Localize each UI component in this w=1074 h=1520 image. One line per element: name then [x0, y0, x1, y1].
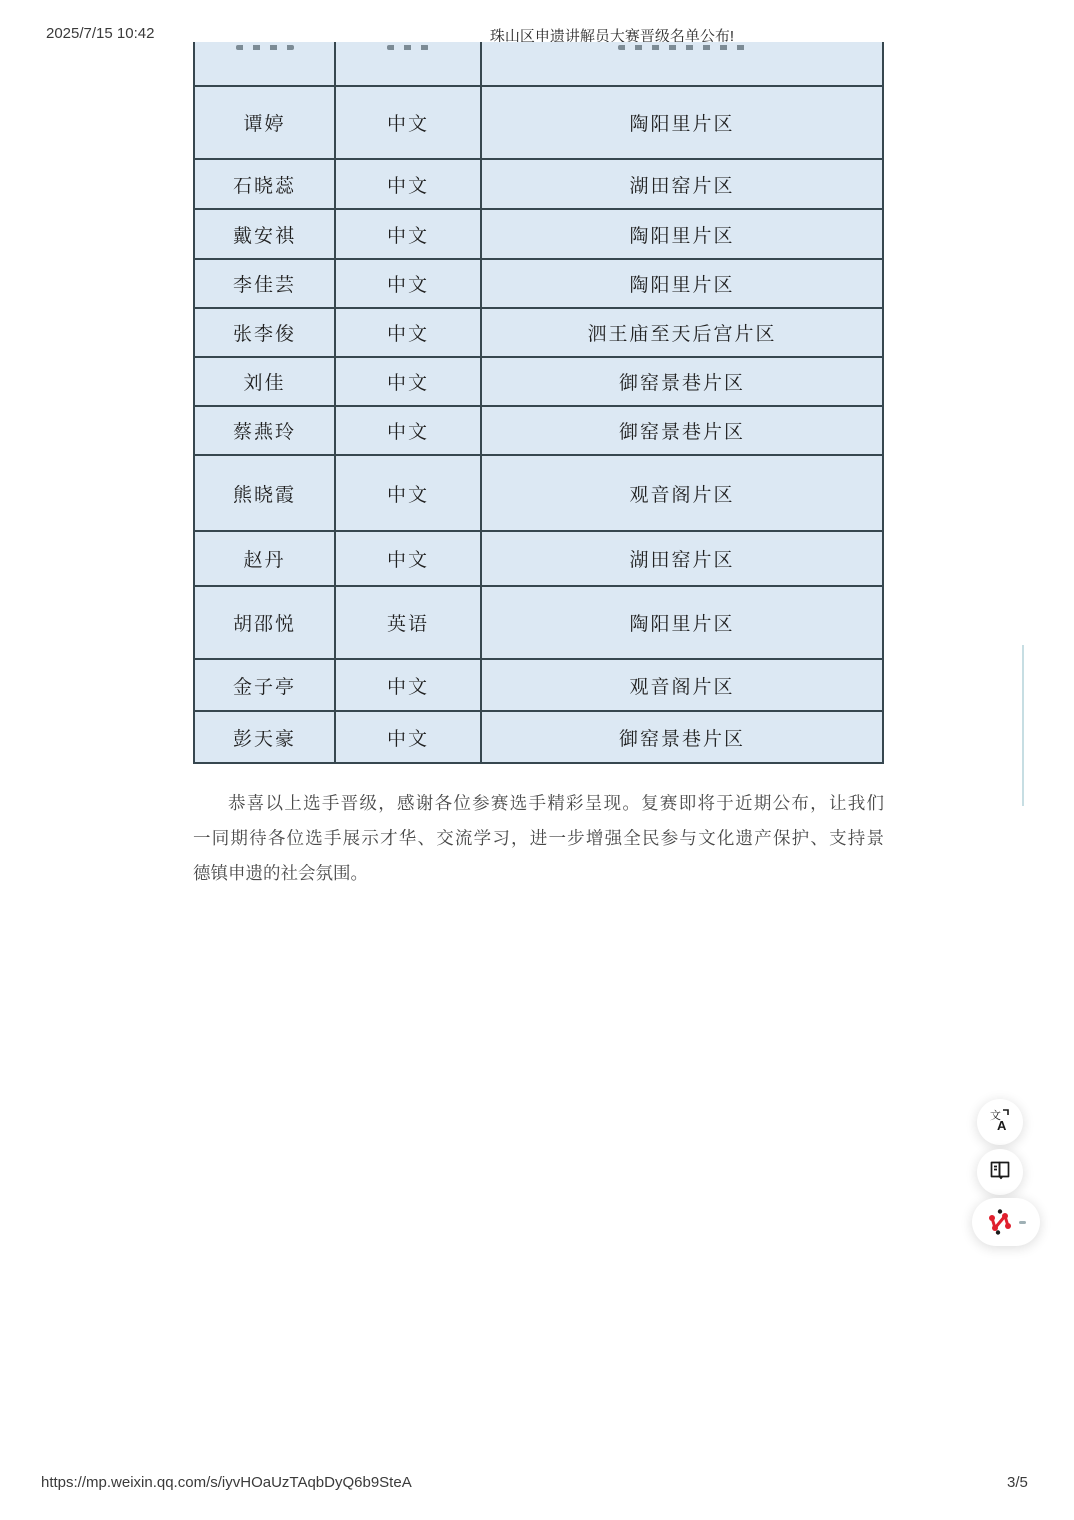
- contestant-name: 金子亭: [195, 660, 336, 710]
- clipped-name-cell: [195, 42, 336, 85]
- contestant-language: 英语: [336, 587, 482, 658]
- svg-text:A: A: [997, 1118, 1007, 1133]
- table-row: 胡邵悦 英语 陶阳里片区: [195, 587, 882, 660]
- table-row: 蔡燕玲 中文 御窑景巷片区: [195, 407, 882, 456]
- contestant-language: 中文: [336, 210, 482, 258]
- scrollbar-artifact: [1022, 645, 1024, 806]
- open-book-icon: [988, 1158, 1012, 1187]
- contestant-name: 熊晓霞: [195, 456, 336, 530]
- print-timestamp: 2025/7/15 10:42: [46, 25, 154, 42]
- paragraph-line: 德镇申遗的社会氛围。: [193, 856, 884, 891]
- contestant-name: 张李俊: [195, 309, 336, 356]
- table-row: 李佳芸 中文 陶阳里片区: [195, 260, 882, 309]
- table-row: 熊晓霞 中文 观音阁片区: [195, 456, 882, 532]
- table-row: 石晓蕊 中文 湖田窑片区: [195, 160, 882, 210]
- clipped-table-row: [195, 42, 882, 87]
- red-network-icon: [985, 1208, 1013, 1236]
- contestant-language: 中文: [336, 87, 482, 158]
- contestant-district: 观音阁片区: [482, 456, 882, 530]
- immersive-reader-button[interactable]: [977, 1149, 1023, 1195]
- contestant-language: 中文: [336, 456, 482, 530]
- table-row: 金子亭 中文 观音阁片区: [195, 660, 882, 712]
- contestant-language: 中文: [336, 358, 482, 405]
- contestant-district: 泗王庙至天后宫片区: [482, 309, 882, 356]
- contestant-district: 御窑景巷片区: [482, 358, 882, 405]
- contestant-district: 湖田窑片区: [482, 532, 882, 585]
- contestant-name: 赵丹: [195, 532, 336, 585]
- contestant-language: 中文: [336, 407, 482, 454]
- table-rows: 谭婷 中文 陶阳里片区 石晓蕊 中文 湖田窑片区 戴安祺 中文 陶阳里片区 李佳…: [195, 87, 882, 762]
- closing-paragraph: 恭喜以上选手晋级，感谢各位参赛选手精彩呈现。复赛即将于近期公布，让我们 一同期待…: [193, 786, 884, 891]
- contestant-district: 陶阳里片区: [482, 87, 882, 158]
- table-row: 张李俊 中文 泗王庙至天后宫片区: [195, 309, 882, 358]
- contestant-name: 蔡燕玲: [195, 407, 336, 454]
- contestant-district: 陶阳里片区: [482, 260, 882, 307]
- contestant-name: 刘佳: [195, 358, 336, 405]
- page-number: 3/5: [1007, 1474, 1028, 1491]
- contestant-name: 石晓蕊: [195, 160, 336, 208]
- extension-widget-button[interactable]: [972, 1198, 1040, 1246]
- clipped-glyph-fragments: [387, 45, 429, 50]
- contestant-name: 戴安祺: [195, 210, 336, 258]
- contestant-district: 湖田窑片区: [482, 160, 882, 208]
- clipped-language-cell: [336, 42, 482, 85]
- table-row: 谭婷 中文 陶阳里片区: [195, 87, 882, 160]
- widget-collapse-handle: [1019, 1221, 1026, 1224]
- clipped-glyph-fragments: [618, 45, 746, 50]
- contestant-name: 谭婷: [195, 87, 336, 158]
- contestant-district: 御窑景巷片区: [482, 407, 882, 454]
- contestant-district: 御窑景巷片区: [482, 712, 882, 762]
- translate-button[interactable]: 文 A: [977, 1099, 1023, 1145]
- table-row: 彭天豪 中文 御窑景巷片区: [195, 712, 882, 762]
- contestant-language: 中文: [336, 712, 482, 762]
- contestant-language: 中文: [336, 160, 482, 208]
- contestant-name: 李佳芸: [195, 260, 336, 307]
- contestant-name: 胡邵悦: [195, 587, 336, 658]
- contestant-district: 陶阳里片区: [482, 210, 882, 258]
- contestant-district: 观音阁片区: [482, 660, 882, 710]
- paragraph-line: 一同期待各位选手展示才华、交流学习，进一步增强全民参与文化遗产保护、支持景: [193, 821, 884, 856]
- contestant-language: 中文: [336, 260, 482, 307]
- clipped-glyph-fragments: [236, 45, 294, 50]
- contestant-name: 彭天豪: [195, 712, 336, 762]
- contestant-language: 中文: [336, 532, 482, 585]
- contestant-language: 中文: [336, 309, 482, 356]
- table-row: 赵丹 中文 湖田窑片区: [195, 532, 882, 587]
- source-url: https://mp.weixin.qq.com/s/iyvHOaUzTAqbD…: [41, 1474, 412, 1491]
- translate-icon: 文 A: [987, 1107, 1013, 1138]
- clipped-district-cell: [482, 42, 882, 85]
- promotion-table: 谭婷 中文 陶阳里片区 石晓蕊 中文 湖田窑片区 戴安祺 中文 陶阳里片区 李佳…: [193, 42, 884, 764]
- paragraph-line: 恭喜以上选手晋级，感谢各位参赛选手精彩呈现。复赛即将于近期公布，让我们: [193, 786, 884, 821]
- contestant-language: 中文: [336, 660, 482, 710]
- contestant-district: 陶阳里片区: [482, 587, 882, 658]
- table-row: 戴安祺 中文 陶阳里片区: [195, 210, 882, 260]
- table-row: 刘佳 中文 御窑景巷片区: [195, 358, 882, 407]
